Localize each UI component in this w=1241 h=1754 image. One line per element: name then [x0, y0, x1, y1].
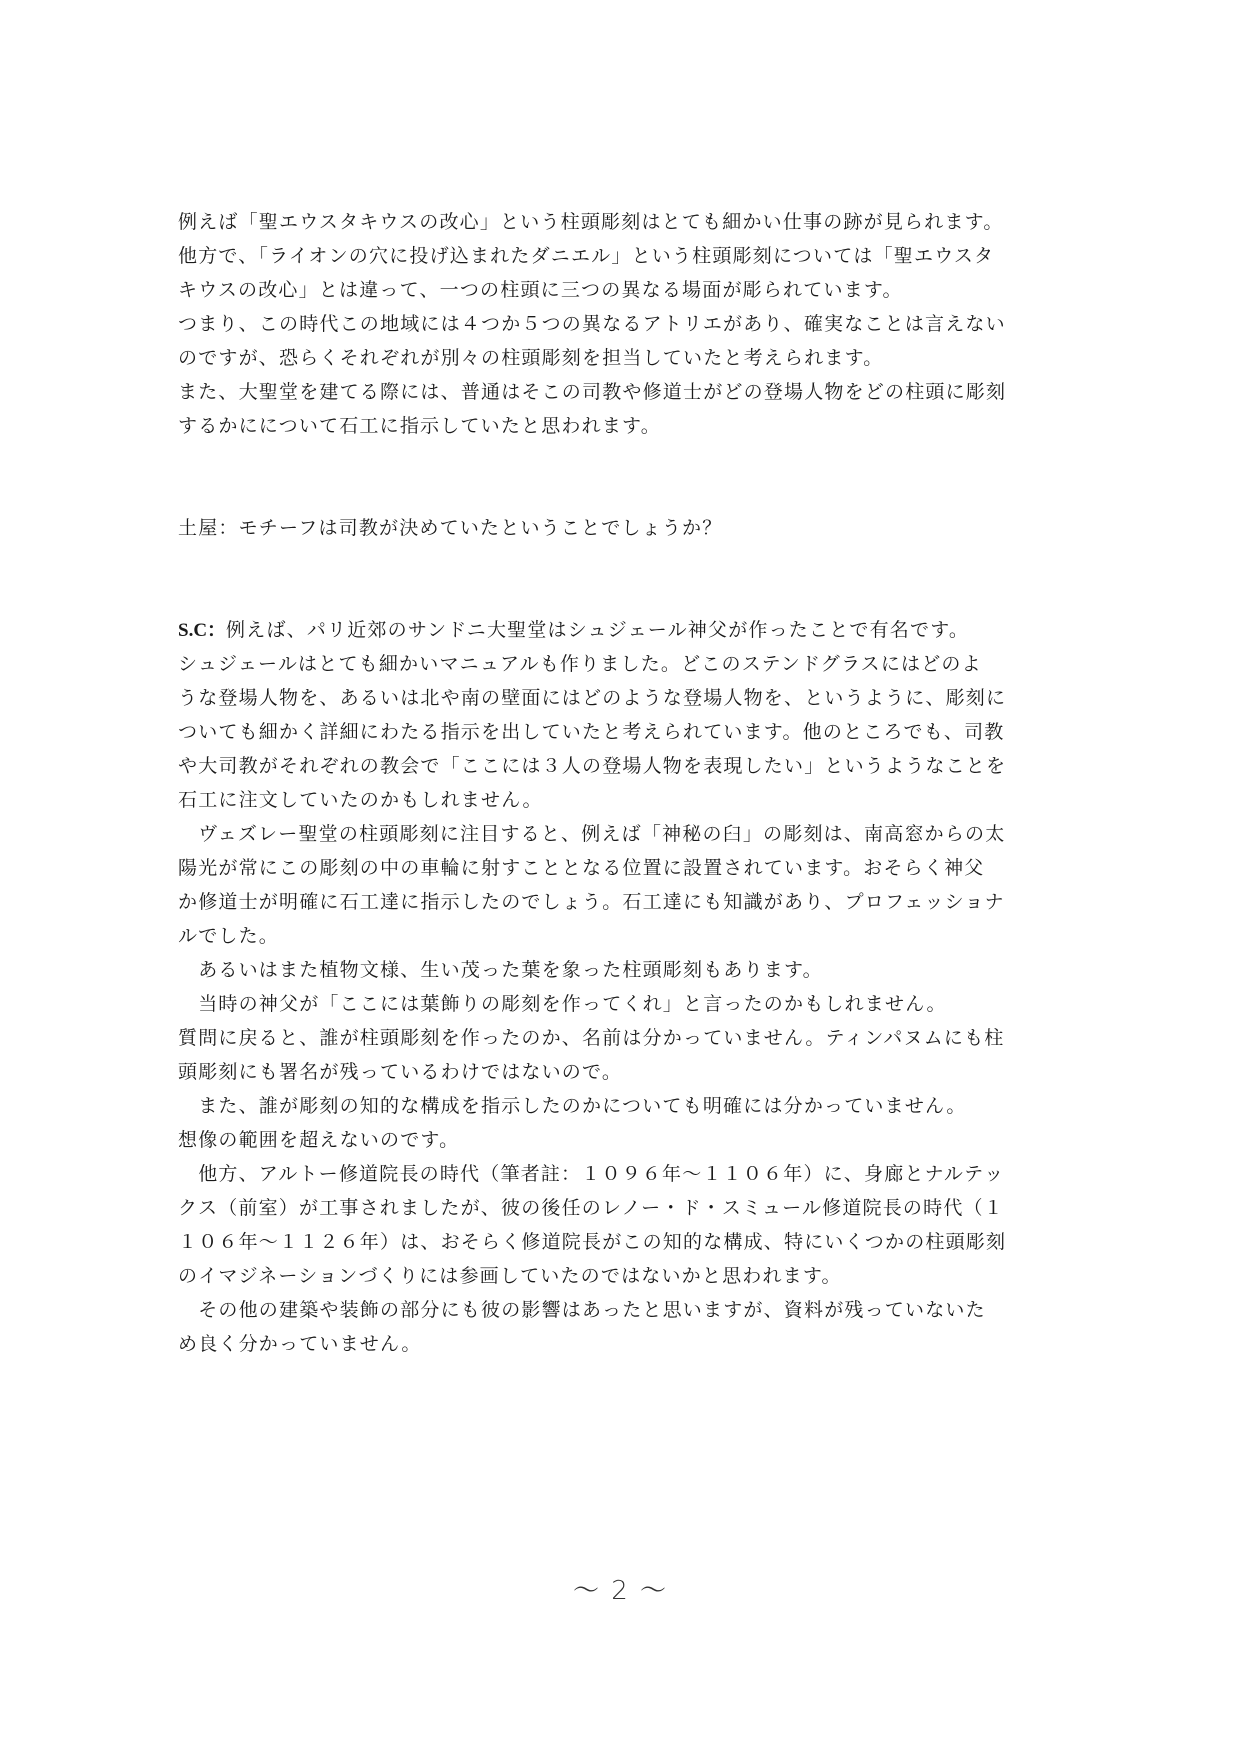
document-body: 例えば「聖エウスタキウスの改心」という柱頭彫刻はとても細かい仕事の跡が見られます… [178, 205, 1068, 1361]
text-line: のですが、恐らくそれぞれが別々の柱頭彫刻を担当していたと考えられます。 [178, 341, 1068, 375]
text-line: シュジェールはとても細かいマニュアルも作りました。どこのステンドグラスにはどのよ [178, 647, 1068, 681]
text-line: 質問に戻ると、誰が柱頭彫刻を作ったのか、名前は分かっていません。ティンパヌムにも… [178, 1021, 1068, 1055]
text-line: 頭彫刻にも署名が残っているわけではないので。 [178, 1055, 1068, 1089]
text-line: め良く分かっていません。 [178, 1327, 1068, 1361]
text-line: のイマジネーションづくりには参画していたのではないかと思われます。 [178, 1259, 1068, 1293]
text-line: キウスの改心」とは違って、一つの柱頭に三つの異なる場面が彫られています。 [178, 273, 1068, 307]
text-line: 当時の神父が「ここには葉飾りの彫刻を作ってくれ」と言ったのかもしれません。 [178, 987, 1068, 1021]
interview-question: 土屋：モチーフは司教が決めていたということでしょうか？ [178, 511, 1068, 545]
text-line: ルでした。 [178, 919, 1068, 953]
text-line: １０６年～１１２６年）は、おそらく修道院長がこの知的な構成、特にいくつかの柱頭彫… [178, 1225, 1068, 1259]
text-line: 石工に注文していたのかもしれません。 [178, 783, 1068, 817]
text-line: また、誰が彫刻の知的な構成を指示したのかについても明確には分かっていません。 [178, 1089, 1068, 1123]
interview-answer: S.C：例えば、パリ近郊のサンドニ大聖堂はシュジェール神父が作ったことで有名です… [178, 613, 1068, 1361]
text-line: や大司教がそれぞれの教会で「ここには３人の登場人物を表現したい」というようなこと… [178, 749, 1068, 783]
spacer [178, 545, 1068, 579]
text-line: あるいはまた植物文様、生い茂った葉を象った柱頭彫刻もあります。 [178, 953, 1068, 987]
answer-speaker: S.C： [178, 620, 226, 641]
text-line: ついても細かく詳細にわたる指示を出していたと考えられています。他のところでも、司… [178, 715, 1068, 749]
text-line: S.C：例えば、パリ近郊のサンドニ大聖堂はシュジェール神父が作ったことで有名です… [178, 613, 1068, 647]
question-text: モチーフは司教が決めていたということでしょうか？ [239, 517, 723, 539]
paragraph-intro: 例えば「聖エウスタキウスの改心」という柱頭彫刻はとても細かい仕事の跡が見られます… [178, 205, 1068, 443]
text-line: つまり、この時代この地域には４つか５つの異なるアトリエがあり、確実なことは言えな… [178, 307, 1068, 341]
text-line: その他の建築や装飾の部分にも彼の影響はあったと思いますが、資料が残っていないた [178, 1293, 1068, 1327]
spacer [178, 443, 1068, 477]
text-line: 他方で、「ライオンの穴に投げ込まれたダニエル」という柱頭彫刻については「聖エウス… [178, 239, 1068, 273]
answer-first-line: 例えば、パリ近郊のサンドニ大聖堂はシュジェール神父が作ったことで有名です。 [226, 619, 969, 641]
question-speaker: 土屋： [178, 517, 239, 539]
text-line: するかにについて石工に指示していたと思われます。 [178, 409, 1068, 443]
page-number: ～ 2 ～ [0, 1570, 1241, 1607]
text-line: か修道士が明確に石工達に指示したのでしょう。石工達にも知識があり、プロフェッショ… [178, 885, 1068, 919]
spacer [178, 477, 1068, 511]
text-line: 他方、アルトー修道院長の時代（筆者註：１０９６年～１１０６年）に、身廊とナルテッ [178, 1157, 1068, 1191]
text-line: クス（前室）が工事されましたが、彼の後任のレノー・ド・スミュール修道院長の時代（… [178, 1191, 1068, 1225]
text-line: 想像の範囲を超えないのです。 [178, 1123, 1068, 1157]
spacer [178, 579, 1068, 613]
text-line: 例えば「聖エウスタキウスの改心」という柱頭彫刻はとても細かい仕事の跡が見られます… [178, 205, 1068, 239]
text-line: また、大聖堂を建てる際には、普通はそこの司教や修道士がどの登場人物をどの柱頭に彫… [178, 375, 1068, 409]
text-line: うな登場人物を、あるいは北や南の壁面にはどのような登場人物を、というように、彫刻… [178, 681, 1068, 715]
text-line: 陽光が常にこの彫刻の中の車輪に射すこととなる位置に設置されています。おそらく神父 [178, 851, 1068, 885]
text-line: ヴェズレー聖堂の柱頭彫刻に注目すると、例えば「神秘の臼」の彫刻は、南高窓からの太 [178, 817, 1068, 851]
